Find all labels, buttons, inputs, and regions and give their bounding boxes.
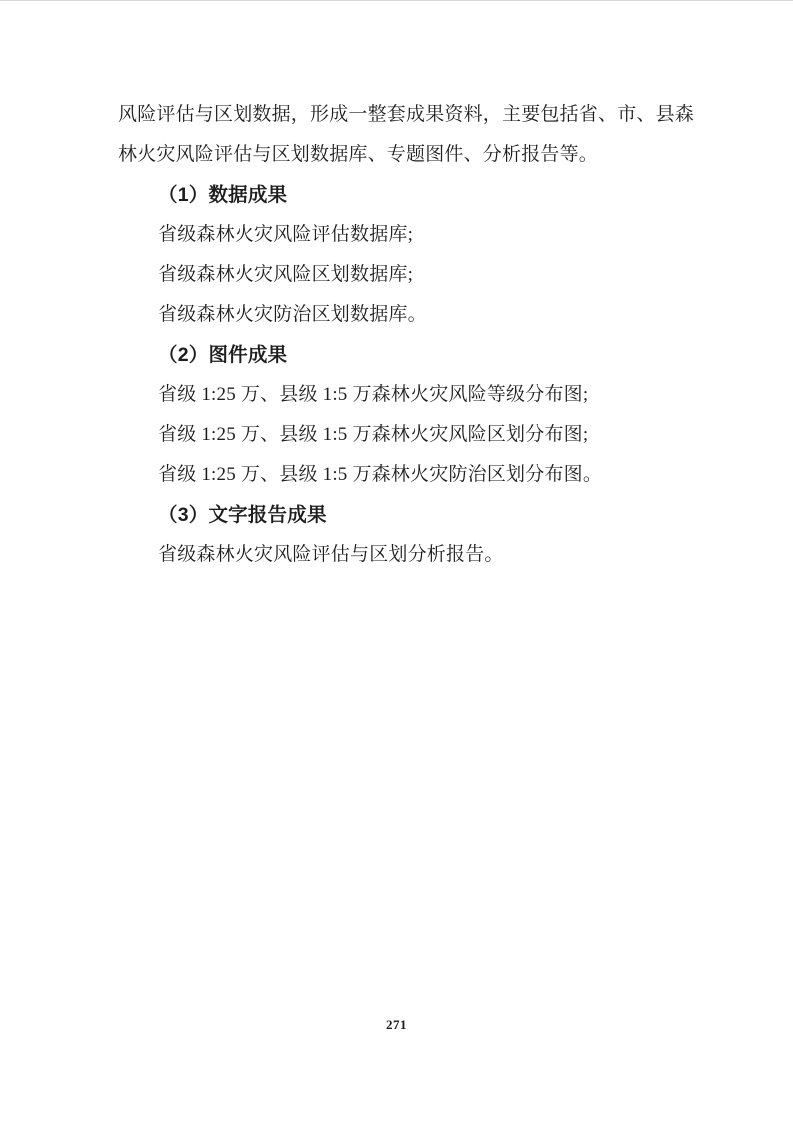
section-2-item-3: 省级 1:25 万、县级 1:5 万森林火灾防治区划分布图。 [118, 455, 678, 495]
section-2-heading: （2）图件成果 [118, 335, 678, 375]
section-3-heading: （3）文字报告成果 [118, 495, 678, 535]
section-2-item-2: 省级 1:25 万、县级 1:5 万森林火灾风险区划分布图; [118, 415, 678, 455]
page-number: 271 [0, 1015, 793, 1035]
intro-paragraph-line-2: 林火灾风险评估与区划数据库、专题图件、分析报告等。 [118, 135, 678, 175]
intro-paragraph-line-1: 风险评估与区划数据，形成一整套成果资料，主要包括省、市、县森 [118, 95, 678, 135]
document-body: 风险评估与区划数据，形成一整套成果资料，主要包括省、市、县森 林火灾风险评估与区… [118, 95, 678, 575]
section-1-item-2: 省级森林火灾风险区划数据库; [118, 255, 678, 295]
section-2-item-1: 省级 1:25 万、县级 1:5 万森林火灾风险等级分布图; [118, 375, 678, 415]
section-1-item-1: 省级森林火灾风险评估数据库; [118, 215, 678, 255]
document-page: 风险评估与区划数据，形成一整套成果资料，主要包括省、市、县森 林火灾风险评估与区… [0, 0, 793, 1122]
section-1-item-3: 省级森林火灾防治区划数据库。 [118, 295, 678, 335]
section-3-item-1: 省级森林火灾风险评估与区划分析报告。 [118, 535, 678, 575]
section-1-heading: （1）数据成果 [118, 175, 678, 215]
